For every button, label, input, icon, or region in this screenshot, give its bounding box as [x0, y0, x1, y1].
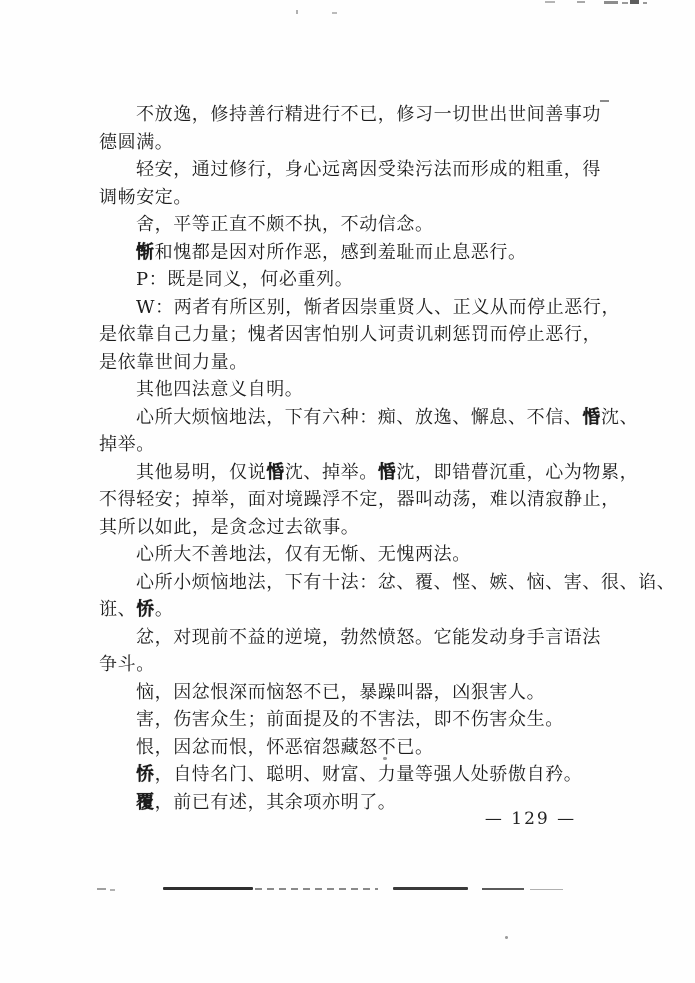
scan-bleedthrough-line: [97, 888, 106, 890]
text-line: 其所以如此，是贪念过去欲事。: [99, 514, 603, 542]
text-line: 心所大烦恼地法，下有六种：痴、放逸、懈息、不信、惛沈、: [99, 404, 603, 432]
scan-speck: [383, 757, 387, 760]
text-segment: 其他四法意义自明。: [136, 379, 303, 400]
scan-speck: [577, 1, 585, 3]
text-line: 惭和愧都是因对所作恶，感到羞耻而止息恶行。: [99, 239, 603, 267]
text-line: 诳、㤭。: [99, 596, 603, 624]
emphasized-term: 㤭: [136, 764, 155, 785]
text-segment: 轻安，通过修行，身心远离因受染污法而形成的粗重，得: [136, 159, 601, 180]
emphasized-term: 惭: [136, 242, 155, 263]
scan-bleedthrough-line: [255, 888, 378, 890]
scan-speck: [332, 12, 337, 14]
emphasized-term: 惛: [582, 407, 601, 428]
scan-speck: [296, 10, 298, 14]
text-segment: 心所大烦恼地法，下有六种：痴、放逸、懈息、不信、: [136, 407, 582, 428]
text-segment: P：既是同义，何必重列。: [136, 269, 353, 290]
text-segment: 掉举。: [99, 434, 155, 455]
text-line: W：两者有所区别，惭者因崇重贤人、正义从而停止恶行，: [99, 294, 603, 322]
text-segment: 忿，对现前不益的逆境，勃然愤怒。它能发动身手言语法: [136, 627, 601, 648]
page-number: — 129 —: [458, 809, 603, 829]
text-line: 德圆满。: [99, 129, 603, 157]
scan-speck: [505, 936, 508, 939]
text-segment: 德圆满。: [99, 132, 173, 153]
scan-speck: [600, 100, 609, 102]
scan-speck: [622, 2, 628, 4]
text-line: 是依靠世间力量。: [99, 349, 603, 377]
text-segment: 舍，平等正直不颇不执，不动信念。: [136, 214, 434, 235]
text-line: P：既是同义，何必重列。: [99, 266, 603, 294]
text-line: 心所小烦恼地法，下有十法：忿、覆、悭、嫉、恼、害、很、谄、: [99, 569, 603, 597]
text-segment: 害，伤害众生；前面提及的不害法，即不伤害众生。: [136, 709, 564, 730]
emphasized-term: 惛: [378, 462, 397, 483]
text-segment: 心所大不善地法，仅有无惭、无愧两法。: [136, 544, 471, 565]
text-segment: 调畅安定。: [99, 187, 192, 208]
scan-bleedthrough-line: [482, 888, 524, 890]
text-line: 调畅安定。: [99, 184, 603, 212]
scan-speck: [604, 1, 618, 4]
text-segment: 沈，即错瞢沉重，心为物累，: [396, 462, 638, 483]
text-line: 恼，因忿恨深而恼怒不已，暴躁叫器，凶狠害人。: [99, 679, 603, 707]
emphasized-term: 㤭: [136, 599, 155, 620]
text-line: 心所大不善地法，仅有无惭、无愧两法。: [99, 541, 603, 569]
text-segment: 和愧都是因对所作恶，感到羞耻而止息恶行。: [155, 242, 527, 263]
text-segment: 诳、: [99, 599, 136, 620]
text-line: 轻安，通过修行，身心远离因受染污法而形成的粗重，得: [99, 156, 603, 184]
text-line: 其他四法意义自明。: [99, 376, 603, 404]
text-line: 舍，平等正直不颇不执，不动信念。: [99, 211, 603, 239]
scan-speck: [630, 0, 639, 4]
text-segment: 心所小烦恼地法，下有十法：忿、覆、悭、嫉、恼、害、很、谄、: [136, 572, 675, 593]
text-line: 㤭，自恃名门、聪明、财富、力量等强人处骄傲自矜。: [99, 761, 603, 789]
text-segment: 是依靠自己力量；愧者因害怕别人诃责讥刺惩罚而停止恶行，: [99, 324, 601, 345]
scan-bleedthrough-line: [393, 887, 468, 890]
text-segment: ，自恃名门、聪明、财富、力量等强人处骄傲自矜。: [155, 764, 583, 785]
text-line: 争斗。: [99, 651, 603, 679]
emphasized-term: 覆: [136, 792, 155, 813]
text-line: 其他易明，仅说惛沈、掉举。惛沈，即错瞢沉重，心为物累，: [99, 459, 603, 487]
text-line: 害，伤害众生；前面提及的不害法，即不伤害众生。: [99, 706, 603, 734]
scan-bleedthrough-line: [110, 889, 115, 891]
text-segment: 。: [155, 599, 174, 620]
text-line: 是依靠自己力量；愧者因害怕别人诃责讥刺惩罚而停止恶行，: [99, 321, 603, 349]
text-segment: 沈、: [601, 407, 638, 428]
text-segment: 其所以如此，是贪念过去欲事。: [99, 517, 359, 538]
text-segment: 争斗。: [99, 654, 155, 675]
text-segment: 不得轻安；掉举，面对境躁浮不定，器叫动荡，难以清寂静止，: [99, 489, 620, 510]
text-segment: 恼，因忿恨深而恼怒不已，暴躁叫器，凶狠害人。: [136, 682, 545, 703]
emphasized-term: 惛: [266, 462, 285, 483]
text-segment: 沈、掉举。: [285, 462, 378, 483]
text-block: 不放逸，修持善行精进行不已，修习一切世出世间善事功德圆满。轻安，通过修行，身心远…: [99, 101, 603, 816]
text-segment: 是依靠世间力量。: [99, 352, 248, 373]
scan-bleedthrough-line: [163, 887, 253, 890]
text-line: 掉举。: [99, 431, 603, 459]
text-segment: 恨，因忿而恨，怀恶宿怨藏怒不已。: [136, 737, 434, 758]
text-line: 不放逸，修持善行精进行不已，修习一切世出世间善事功: [99, 101, 603, 129]
text-segment: ，前已有述，其余项亦明了。: [155, 792, 397, 813]
text-segment: 其他易明，仅说: [136, 462, 266, 483]
text-segment: W：两者有所区别，惭者因崇重贤人、正义从而停止恶行，: [136, 297, 620, 318]
scan-bleedthrough-line: [530, 889, 563, 890]
text-line: 忿，对现前不益的逆境，勃然愤怒。它能发动身手言语法: [99, 624, 603, 652]
text-line: 不得轻安；掉举，面对境躁浮不定，器叫动荡，难以清寂静止，: [99, 486, 603, 514]
text-line: 恨，因忿而恨，怀恶宿怨藏怒不已。: [99, 734, 603, 762]
scan-speck: [545, 1, 555, 3]
scan-speck: [643, 2, 647, 4]
book-page: 不放逸，修持善行精进行不已，修习一切世出世间善事功德圆满。轻安，通过修行，身心远…: [0, 0, 695, 983]
text-segment: 不放逸，修持善行精进行不已，修习一切世出世间善事功: [136, 104, 601, 125]
